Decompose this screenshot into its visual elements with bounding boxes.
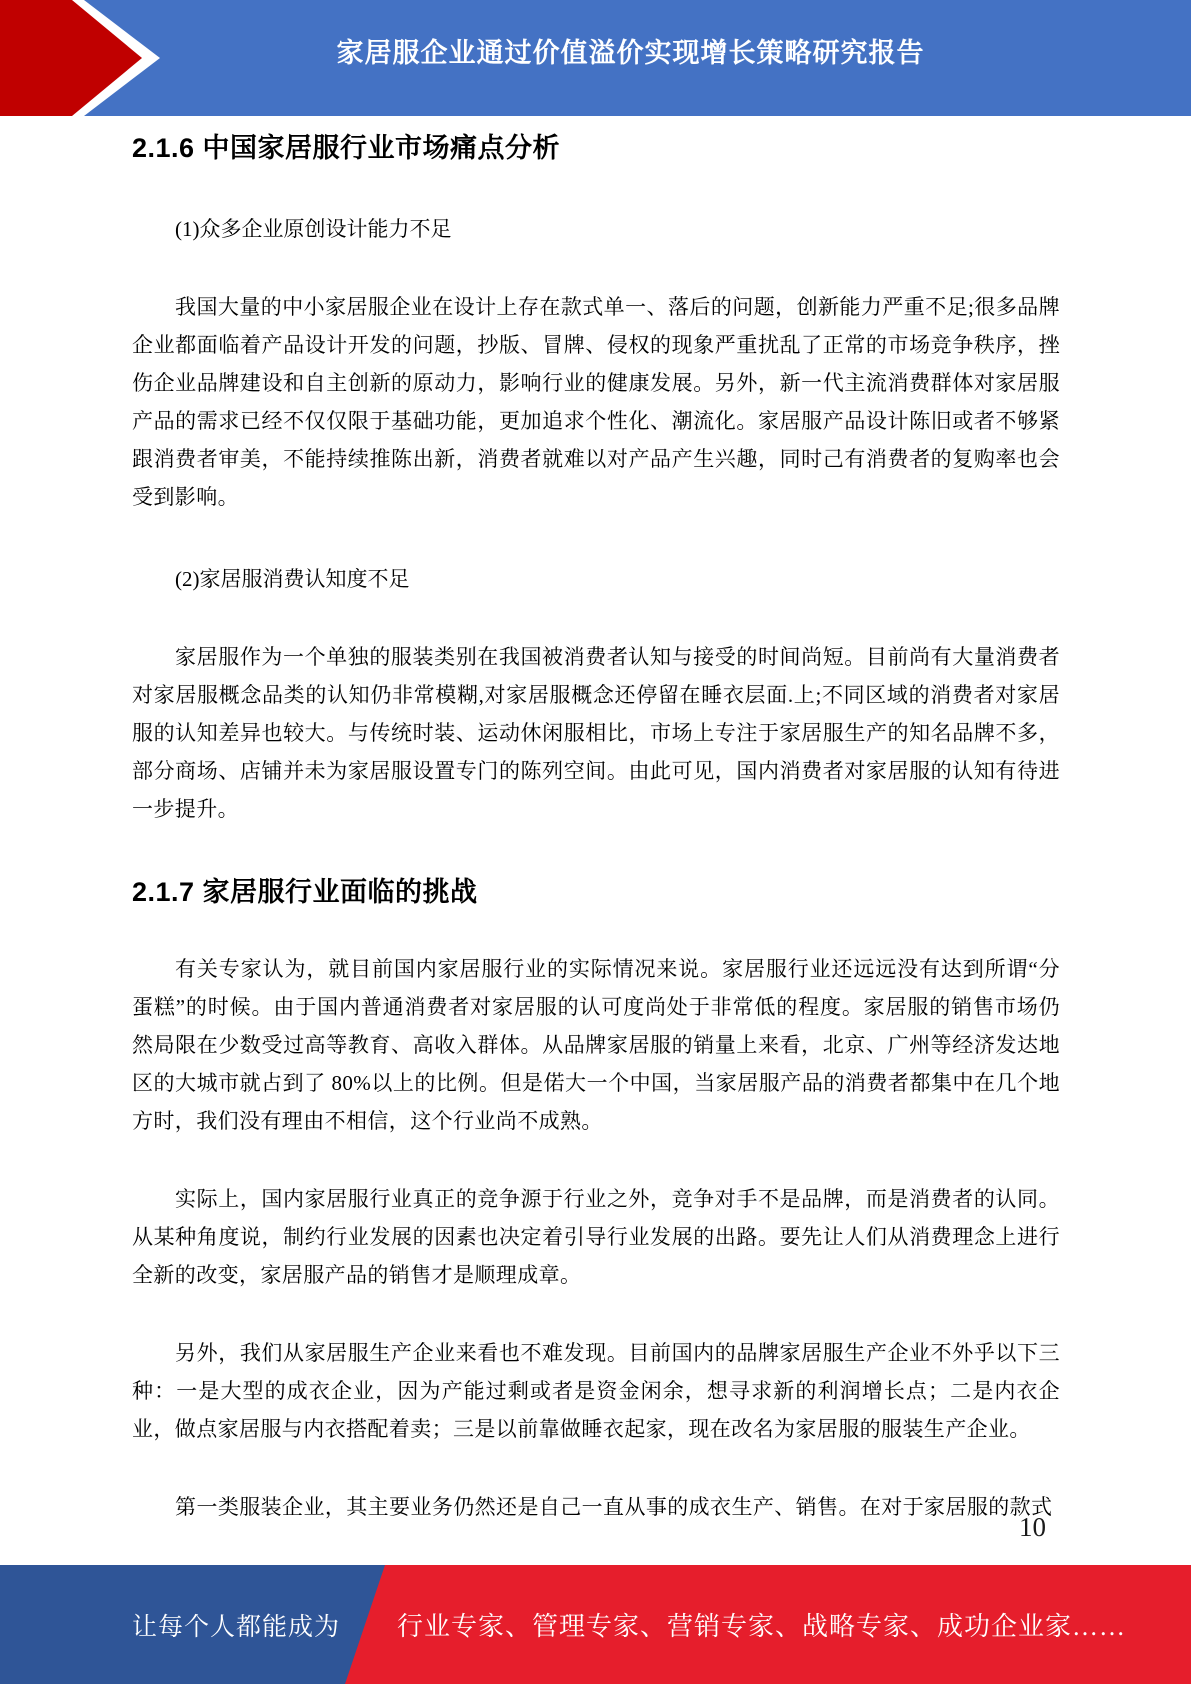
header-arrow-icon — [0, 0, 170, 116]
section-heading-2-1-7: 2.1.7 家居服行业面临的挑战 — [132, 874, 1060, 910]
page: 家居服企业通过价值溢价实现增长策略研究报告 2.1.6 中国家居服行业市场痛点分… — [0, 0, 1191, 1684]
paragraph-6: 第一类服装企业，其主要业务仍然还是自己一直从事的成衣生产、销售。在对于家居服的款… — [132, 1488, 1060, 1526]
paragraph-2: 家居服作为一个单独的服装类别在我国被消费者认知与接受的时间尚短。目前尚有大量消费… — [132, 638, 1060, 828]
paragraph-3: 有关专家认为，就目前国内家居服行业的实际情况来说。家居服行业还远远没有达到所谓“… — [132, 950, 1060, 1140]
section-heading-2-1-6: 2.1.6 中国家居服行业市场痛点分析 — [132, 130, 1060, 166]
paragraph-1: 我国大量的中小家居服企业在设计上存在款式单一、落后的问题，创新能力严重不足;很多… — [132, 288, 1060, 516]
list-item-2: (2)家居服消费认知度不足 — [132, 560, 1060, 598]
footer-left-text: 让每个人都能成为 — [0, 1565, 340, 1684]
report-title: 家居服企业通过价值溢价实现增长策略研究报告 — [150, 0, 1111, 100]
header-banner: 家居服企业通过价值溢价实现增长策略研究报告 — [0, 0, 1191, 116]
paragraph-4: 实际上，国内家居服行业真正的竞争源于行业之外，竞争对手不是品牌，而是消费者的认同… — [132, 1180, 1060, 1294]
paragraph-5: 另外，我们从家居服生产企业来看也不难发现。目前国内的品牌家居服生产企业不外乎以下… — [132, 1334, 1060, 1448]
footer-bar: 让每个人都能成为 行业专家、管理专家、营销专家、战略专家、成功企业家…… — [0, 1565, 1191, 1684]
page-number: 10 — [1019, 1512, 1046, 1543]
footer-right-text: 行业专家、管理专家、营销专家、战略专家、成功企业家…… — [397, 1565, 1171, 1684]
list-item-1: (1)众多企业原创设计能力不足 — [132, 210, 1060, 248]
document-body: 2.1.6 中国家居服行业市场痛点分析 (1)众多企业原创设计能力不足 我国大量… — [0, 116, 1191, 1526]
